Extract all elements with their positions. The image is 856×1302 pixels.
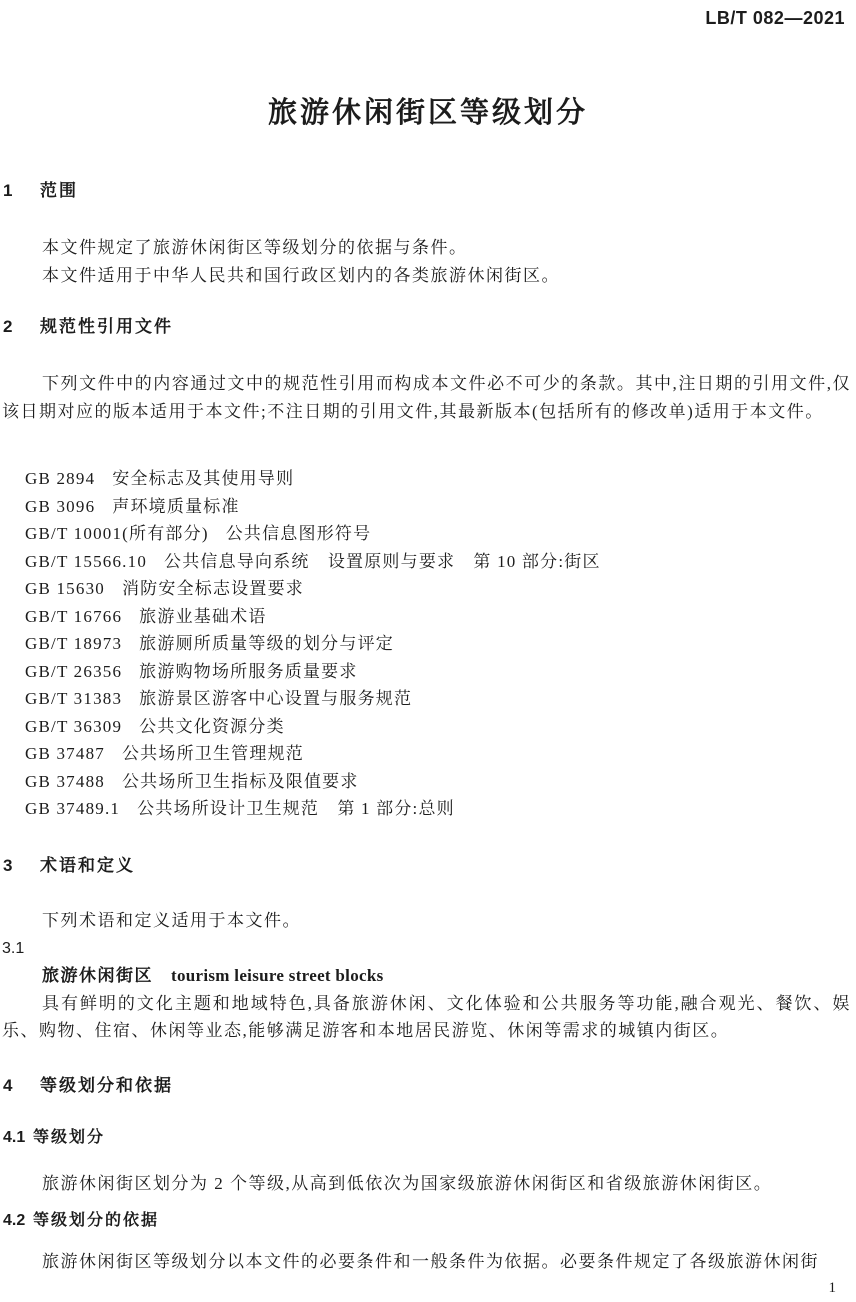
reference-title: 安全标志及其使用导则: [112, 469, 294, 488]
section-2-intro-paragraph: 下列文件中的内容通过文中的规范性引用而构成本文件必不可少的条款。其中,注日期的引…: [2, 370, 851, 425]
document-code: LB/T 082—2021: [705, 8, 845, 29]
reference-item: GB 37488公共场所卫生指标及限值要求: [25, 768, 851, 796]
reference-title: 消防安全标志设置要求: [122, 579, 304, 598]
section-2-intro: 下列文件中的内容通过文中的规范性引用而构成本文件必不可少的条款。其中,注日期的引…: [2, 370, 851, 425]
reference-code: GB/T 36309: [25, 717, 122, 736]
section-1-paragraph-1: 本文件规定了旅游休闲街区等级划分的依据与条件。: [2, 234, 851, 262]
section-4-2-title: 等级划分的依据: [33, 1212, 159, 1229]
reference-title: 声环境质量标准: [112, 497, 239, 516]
reference-item: GB 37489.1公共场所设计卫生规范 第 1 部分:总则: [25, 795, 851, 823]
standard-document-page: LB/T 082—2021 旅游休闲街区等级划分 1范围 本文件规定了旅游休闲街…: [0, 0, 856, 1302]
reference-title: 公共场所卫生指标及限值要求: [122, 772, 359, 791]
section-4-number: 4: [3, 1075, 40, 1097]
reference-code: GB/T 16766: [25, 607, 122, 626]
reference-item: GB 2894安全标志及其使用导则: [25, 465, 851, 493]
reference-code: GB/T 15566.10: [25, 552, 147, 571]
reference-title: 旅游厕所质量等级的划分与评定: [139, 634, 394, 653]
reference-item: GB/T 26356旅游购物场所服务质量要求: [25, 658, 851, 686]
reference-title: 旅游购物场所服务质量要求: [139, 662, 357, 681]
section-2-number: 2: [3, 316, 40, 338]
section-4-2-heading: 4.2等级划分的依据: [3, 1210, 852, 1232]
section-4-1-title: 等级划分: [33, 1129, 105, 1146]
reference-title: 公共场所卫生管理规范: [122, 744, 304, 763]
section-3-title: 术语和定义: [40, 856, 135, 875]
reference-title: 公共场所设计卫生规范 第 1 部分:总则: [137, 799, 455, 818]
section-1-paragraph-2: 本文件适用于中华人民共和国行政区划内的各类旅游休闲街区。: [2, 262, 851, 290]
reference-item: GB/T 15566.10公共信息导向系统 设置原则与要求 第 10 部分:街区: [25, 548, 851, 576]
section-4-1-body: 旅游休闲街区划分为 2 个等级,从高到低依次为国家级旅游休闲街区和省级旅游休闲街…: [2, 1170, 851, 1198]
section-4-title: 等级划分和依据: [40, 1076, 173, 1095]
term-definition-text: 具有鲜明的文化主题和地域特色,具备旅游休闲、文化体验和公共服务等功能,融合观光、…: [2, 990, 851, 1045]
reference-code: GB 2894: [25, 469, 95, 488]
reference-item: GB 15630消防安全标志设置要求: [25, 575, 851, 603]
reference-item: GB/T 10001(所有部分)公共信息图形符号: [25, 520, 851, 548]
reference-item: GB/T 36309公共文化资源分类: [25, 713, 851, 741]
section-2-heading: 2规范性引用文件: [3, 316, 852, 338]
section-4-1-heading: 4.1等级划分: [3, 1127, 852, 1149]
reference-code: GB/T 26356: [25, 662, 122, 681]
clause-3-1-number: 3.1: [2, 935, 851, 963]
term-chinese: 旅游休闲街区: [42, 966, 153, 985]
section-3-number: 3: [3, 855, 40, 877]
section-4-1-number: 4.1: [3, 1127, 33, 1149]
section-4-2-paragraph: 旅游休闲街区等级划分以本文件的必要条件和一般条件为依据。必要条件规定了各级旅游休…: [2, 1248, 851, 1276]
section-4-1-paragraph: 旅游休闲街区划分为 2 个等级,从高到低依次为国家级旅游休闲街区和省级旅游休闲街…: [2, 1170, 851, 1198]
section-3-body: 下列术语和定义适用于本文件。 3.1 旅游休闲街区tourism leisure…: [2, 907, 851, 1045]
references-list: GB 2894安全标志及其使用导则 GB 3096声环境质量标准 GB/T 10…: [2, 465, 851, 823]
section-4-heading: 4等级划分和依据: [3, 1075, 852, 1097]
reference-title: 公共信息导向系统 设置原则与要求 第 10 部分:街区: [164, 552, 601, 571]
section-2-title: 规范性引用文件: [40, 317, 173, 336]
reference-title: 旅游业基础术语: [139, 607, 266, 626]
reference-code: GB 37488: [25, 772, 105, 791]
reference-code: GB 15630: [25, 579, 105, 598]
reference-code: GB/T 10001(所有部分): [25, 524, 209, 543]
reference-item: GB/T 16766旅游业基础术语: [25, 603, 851, 631]
reference-code: GB 37487: [25, 744, 105, 763]
term-definition-line: 旅游休闲街区tourism leisure street blocks: [42, 962, 851, 990]
reference-title: 旅游景区游客中心设置与服务规范: [139, 689, 412, 708]
page-number: 1: [829, 1280, 837, 1297]
document-title: 旅游休闲街区等级划分: [0, 90, 856, 131]
reference-item: GB 37487公共场所卫生管理规范: [25, 740, 851, 768]
section-3-heading: 3术语和定义: [3, 855, 852, 877]
reference-title: 公共文化资源分类: [139, 717, 285, 736]
section-1-body: 本文件规定了旅游休闲街区等级划分的依据与条件。 本文件适用于中华人民共和国行政区…: [2, 234, 851, 289]
reference-item: GB/T 31383旅游景区游客中心设置与服务规范: [25, 685, 851, 713]
term-english: tourism leisure street blocks: [171, 966, 384, 985]
terms-intro: 下列术语和定义适用于本文件。: [2, 907, 851, 935]
section-4-2-number: 4.2: [3, 1210, 33, 1232]
reference-title: 公共信息图形符号: [226, 524, 372, 543]
section-1-number: 1: [3, 180, 40, 202]
section-1-title: 范围: [40, 181, 78, 200]
reference-code: GB/T 31383: [25, 689, 122, 708]
reference-code: GB 3096: [25, 497, 95, 516]
reference-item: GB 3096声环境质量标准: [25, 493, 851, 521]
reference-code: GB 37489.1: [25, 799, 120, 818]
section-4-2-body: 旅游休闲街区等级划分以本文件的必要条件和一般条件为依据。必要条件规定了各级旅游休…: [2, 1248, 851, 1276]
section-1-heading: 1范围: [3, 180, 852, 202]
reference-item: GB/T 18973旅游厕所质量等级的划分与评定: [25, 630, 851, 658]
reference-code: GB/T 18973: [25, 634, 122, 653]
